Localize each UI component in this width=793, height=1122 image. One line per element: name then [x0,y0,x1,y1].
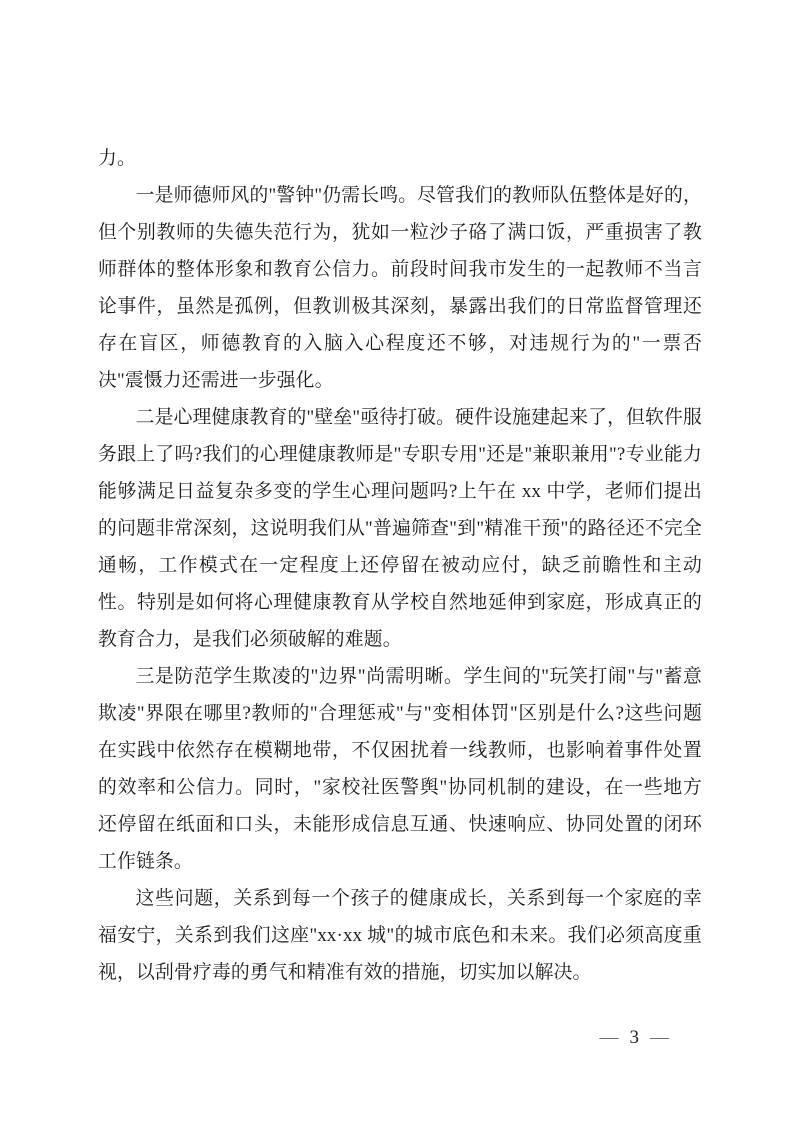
paragraph-point-two: 二是心理健康教育的"壁垒"亟待打破。硬件设施建起来了，但软件服务跟上了吗?我们的… [98,399,702,658]
document-body: 力。 一是师德师风的"警钟"仍需长鸣。尽管我们的教师队伍整体是好的，但个别教师的… [98,140,702,991]
page-number-dash-right: — [650,1027,669,1048]
paragraph-conclusion: 这些问题，关系到每一个孩子的健康成长，关系到每一个家庭的幸福安宁，关系到我们这座… [98,880,702,991]
paragraph-continuation: 力。 [98,140,702,177]
document-page: 力。 一是师德师风的"警钟"仍需长鸣。尽管我们的教师队伍整体是好的，但个别教师的… [0,0,793,1122]
paragraph-point-three: 三是防范学生欺凌的"边界"尚需明晰。学生间的"玩笑打闹"与"蓄意欺凌"界限在哪里… [98,658,702,880]
page-number-dash-left: — [600,1027,619,1048]
paragraph-point-one: 一是师德师风的"警钟"仍需长鸣。尽管我们的教师队伍整体是好的，但个别教师的失德失… [98,177,702,399]
page-number: —3— [600,1026,670,1050]
page-number-value: 3 [630,1027,640,1048]
